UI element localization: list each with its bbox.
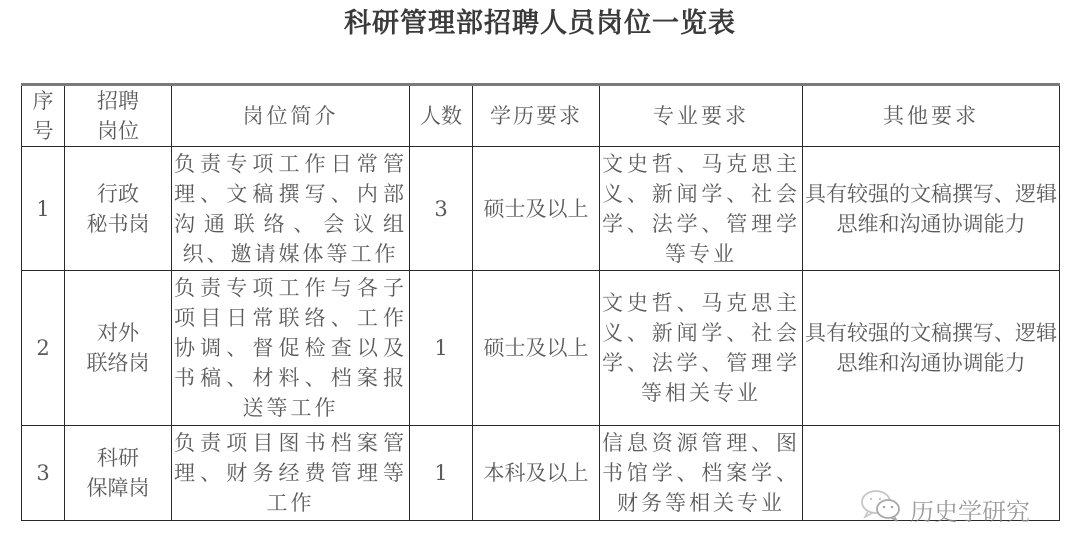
position-line-1: 行政 [65, 179, 171, 209]
cell-position: 科研 保障岗 [65, 426, 172, 521]
header-position-line-2: 岗位 [65, 116, 171, 146]
cell-count: 1 [410, 426, 473, 521]
header-major: 专业要求 [600, 85, 803, 147]
positions-table: 序 号 招聘 岗位 岗位简介 人数 学历要求 专业要求 其他要求 1 行政 秘书… [21, 83, 1060, 521]
cell-position: 行政 秘书岗 [65, 147, 172, 271]
cell-index: 2 [22, 271, 65, 426]
major-text: 文史哲、马克思主义、新闻学、社会学、法学、管理学等专业 [600, 149, 802, 269]
header-other: 其他要求 [803, 85, 1060, 147]
cell-other: 具有较强的文稿撰写、逻辑思维和沟通协调能力 [803, 271, 1060, 426]
description-text: 负责专项工作与各子项目日常联络、工作协调、督促检查以及书稿、材料、档案报送等工作 [172, 273, 409, 423]
cell-count: 3 [410, 147, 473, 271]
watermark-text: 历史学研究 [910, 492, 1030, 527]
cell-major: 文史哲、马克思主义、新闻学、社会学、法学、管理学等相关专业 [600, 271, 803, 426]
cell-description: 负责项目图书档案管理、财务经费管理等工作 [172, 426, 410, 521]
other-text: 具有较强的文稿撰写、逻辑思维和沟通协调能力 [803, 318, 1059, 378]
position-line-2: 秘书岗 [65, 209, 171, 239]
header-index-line-1: 序 [22, 86, 64, 116]
watermark: 历史学研究 [860, 488, 1030, 530]
position-line-1: 对外 [65, 318, 171, 348]
header-position-line-1: 招聘 [65, 86, 171, 116]
cell-count: 1 [410, 271, 473, 426]
header-description: 岗位简介 [172, 85, 410, 147]
cell-education: 硕士及以上 [473, 147, 600, 271]
cell-index: 1 [22, 147, 65, 271]
cell-major: 文史哲、马克思主义、新闻学、社会学、法学、管理学等专业 [600, 147, 803, 271]
cell-description: 负责专项工作日常管理、文稿撰写、内部沟通联络、会议组织、邀请媒体等工作 [172, 147, 410, 271]
table-header-row: 序 号 招聘 岗位 岗位简介 人数 学历要求 专业要求 其他要求 [22, 85, 1060, 147]
header-education: 学历要求 [473, 85, 600, 147]
other-text: 具有较强的文稿撰写、逻辑思维和沟通协调能力 [803, 179, 1059, 239]
header-count: 人数 [410, 85, 473, 147]
header-index: 序 号 [22, 85, 65, 147]
position-line-1: 科研 [65, 443, 171, 473]
description-text: 负责项目图书档案管理、财务经费管理等工作 [172, 428, 409, 518]
major-text: 信息资源管理、图书馆学、档案学、财务等相关专业 [600, 428, 802, 518]
cell-education: 硕士及以上 [473, 271, 600, 426]
page-title: 科研管理部招聘人员岗位一览表 [0, 4, 1080, 44]
table-row: 2 对外 联络岗 负责专项工作与各子项目日常联络、工作协调、督促检查以及书稿、材… [22, 271, 1060, 426]
cell-education: 本科及以上 [473, 426, 600, 521]
description-text: 负责专项工作日常管理、文稿撰写、内部沟通联络、会议组织、邀请媒体等工作 [172, 149, 409, 269]
cell-description: 负责专项工作与各子项目日常联络、工作协调、督促检查以及书稿、材料、档案报送等工作 [172, 271, 410, 426]
major-text: 文史哲、马克思主义、新闻学、社会学、法学、管理学等相关专业 [600, 288, 802, 408]
table-row: 1 行政 秘书岗 负责专项工作日常管理、文稿撰写、内部沟通联络、会议组织、邀请媒… [22, 147, 1060, 271]
cell-index: 3 [22, 426, 65, 521]
cell-position: 对外 联络岗 [65, 271, 172, 426]
wechat-icon [860, 488, 904, 530]
position-line-2: 联络岗 [65, 348, 171, 378]
cell-major: 信息资源管理、图书馆学、档案学、财务等相关专业 [600, 426, 803, 521]
header-position: 招聘 岗位 [65, 85, 172, 147]
position-line-2: 保障岗 [65, 473, 171, 503]
cell-other: 具有较强的文稿撰写、逻辑思维和沟通协调能力 [803, 147, 1060, 271]
header-index-line-2: 号 [22, 116, 64, 146]
